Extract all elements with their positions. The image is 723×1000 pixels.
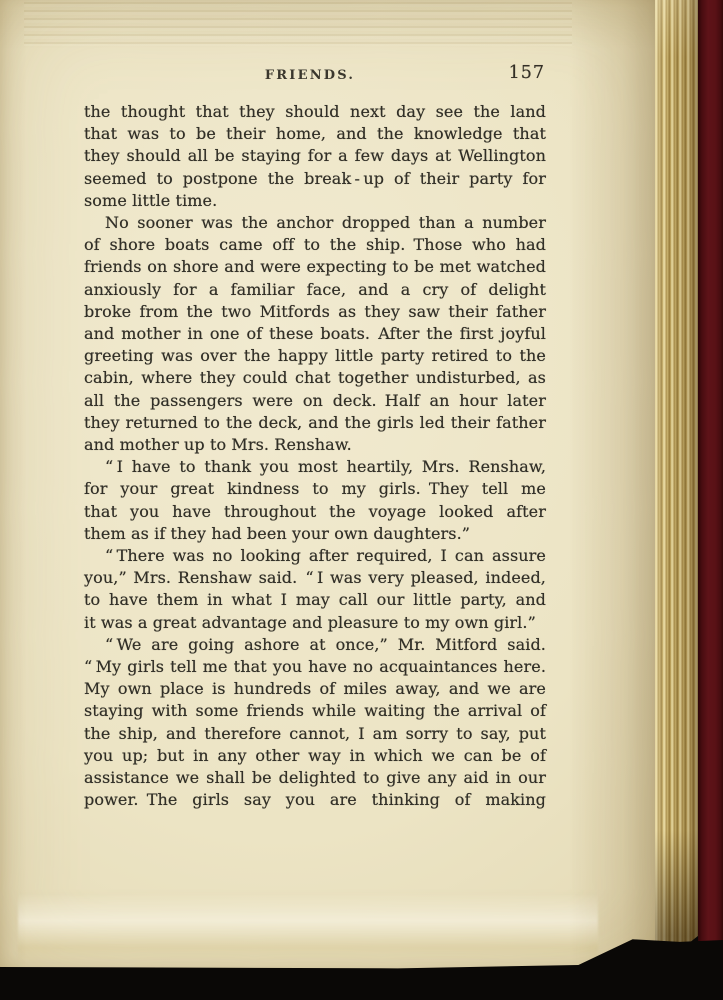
text-line: assistance we shall be delighted to give…: [84, 767, 546, 789]
text-line: that you have throughout the voyage look…: [84, 501, 546, 523]
running-title: FRIENDS.: [84, 68, 536, 83]
text-line: anxiously for a familiar face, and a cry…: [84, 279, 546, 301]
text-line: greeting was over the happy little party…: [84, 345, 546, 367]
paragraph: No sooner was the anchor dropped than a …: [84, 212, 546, 456]
text-line: all the passengers were on deck. Half an…: [84, 390, 546, 412]
paragraph: “ There was no looking after required, I…: [84, 545, 546, 634]
text-line: power. The girls say you are thinking of…: [84, 789, 546, 811]
page-number: 157: [509, 63, 545, 83]
text-line: “ I have to thank you most heartily, Mrs…: [84, 456, 546, 478]
text-line: My own place is hundreds of miles away, …: [84, 678, 546, 700]
text-line: they returned to the deck, and the girls…: [84, 412, 546, 434]
text-line: some little time.: [84, 190, 546, 212]
running-header: FRIENDS. 157: [84, 63, 546, 89]
book-scan: FRIENDS. 157 the thought that they shoul…: [0, 0, 723, 1000]
text-line: the thought that they should next day se…: [84, 101, 546, 123]
text-line: “ We are going ashore at once,” Mr. Mitf…: [84, 634, 546, 656]
text-line: broke from the two Mitfords as they saw …: [84, 301, 546, 323]
text-line: you up; but in any other way in which we…: [84, 745, 546, 767]
text-line: it was a great advantage and pleasure to…: [84, 612, 546, 634]
text-line: you,” Mrs. Renshaw said. “ I was very pl…: [84, 567, 546, 589]
top-page-edge-texture: [24, 2, 572, 46]
text-column: FRIENDS. 157 the thought that they shoul…: [84, 63, 546, 812]
paragraph: the thought that they should next day se…: [84, 101, 546, 212]
book-cover: [698, 0, 723, 1000]
text-block: the thought that they should next day se…: [84, 101, 546, 812]
fore-edge-pages: [655, 0, 700, 965]
text-line: No sooner was the anchor dropped than a …: [84, 212, 546, 234]
text-line: the ship, and therefore cannot, I am sor…: [84, 723, 546, 745]
text-line: to have them in what I may call our litt…: [84, 589, 546, 611]
text-line: of shore boats came off to the ship. Tho…: [84, 234, 546, 256]
bottom-page-edge-texture: [18, 893, 598, 963]
text-line: “ There was no looking after required, I…: [84, 545, 546, 567]
text-line: staying with some friends while waiting …: [84, 700, 546, 722]
paragraph: “ We are going ashore at once,” Mr. Mitf…: [84, 634, 546, 812]
text-line: friends on shore and were expecting to b…: [84, 256, 546, 278]
text-line: them as if they had been your own daught…: [84, 523, 546, 545]
text-line: that was to be their home, and the knowl…: [84, 123, 546, 145]
text-line: and mother in one of these boats. After …: [84, 323, 546, 345]
text-line: they should all be staying for a few day…: [84, 145, 546, 167]
text-line: seemed to postpone the break - up of the…: [84, 168, 546, 190]
text-line: cabin, where they could chat together un…: [84, 367, 546, 389]
text-line: “ My girls tell me that you have no acqu…: [84, 656, 546, 678]
text-line: and mother up to Mrs. Renshaw.: [84, 434, 546, 456]
text-line: for your great kindness to my girls. The…: [84, 478, 546, 500]
paragraph: “ I have to thank you most heartily, Mrs…: [84, 456, 546, 545]
